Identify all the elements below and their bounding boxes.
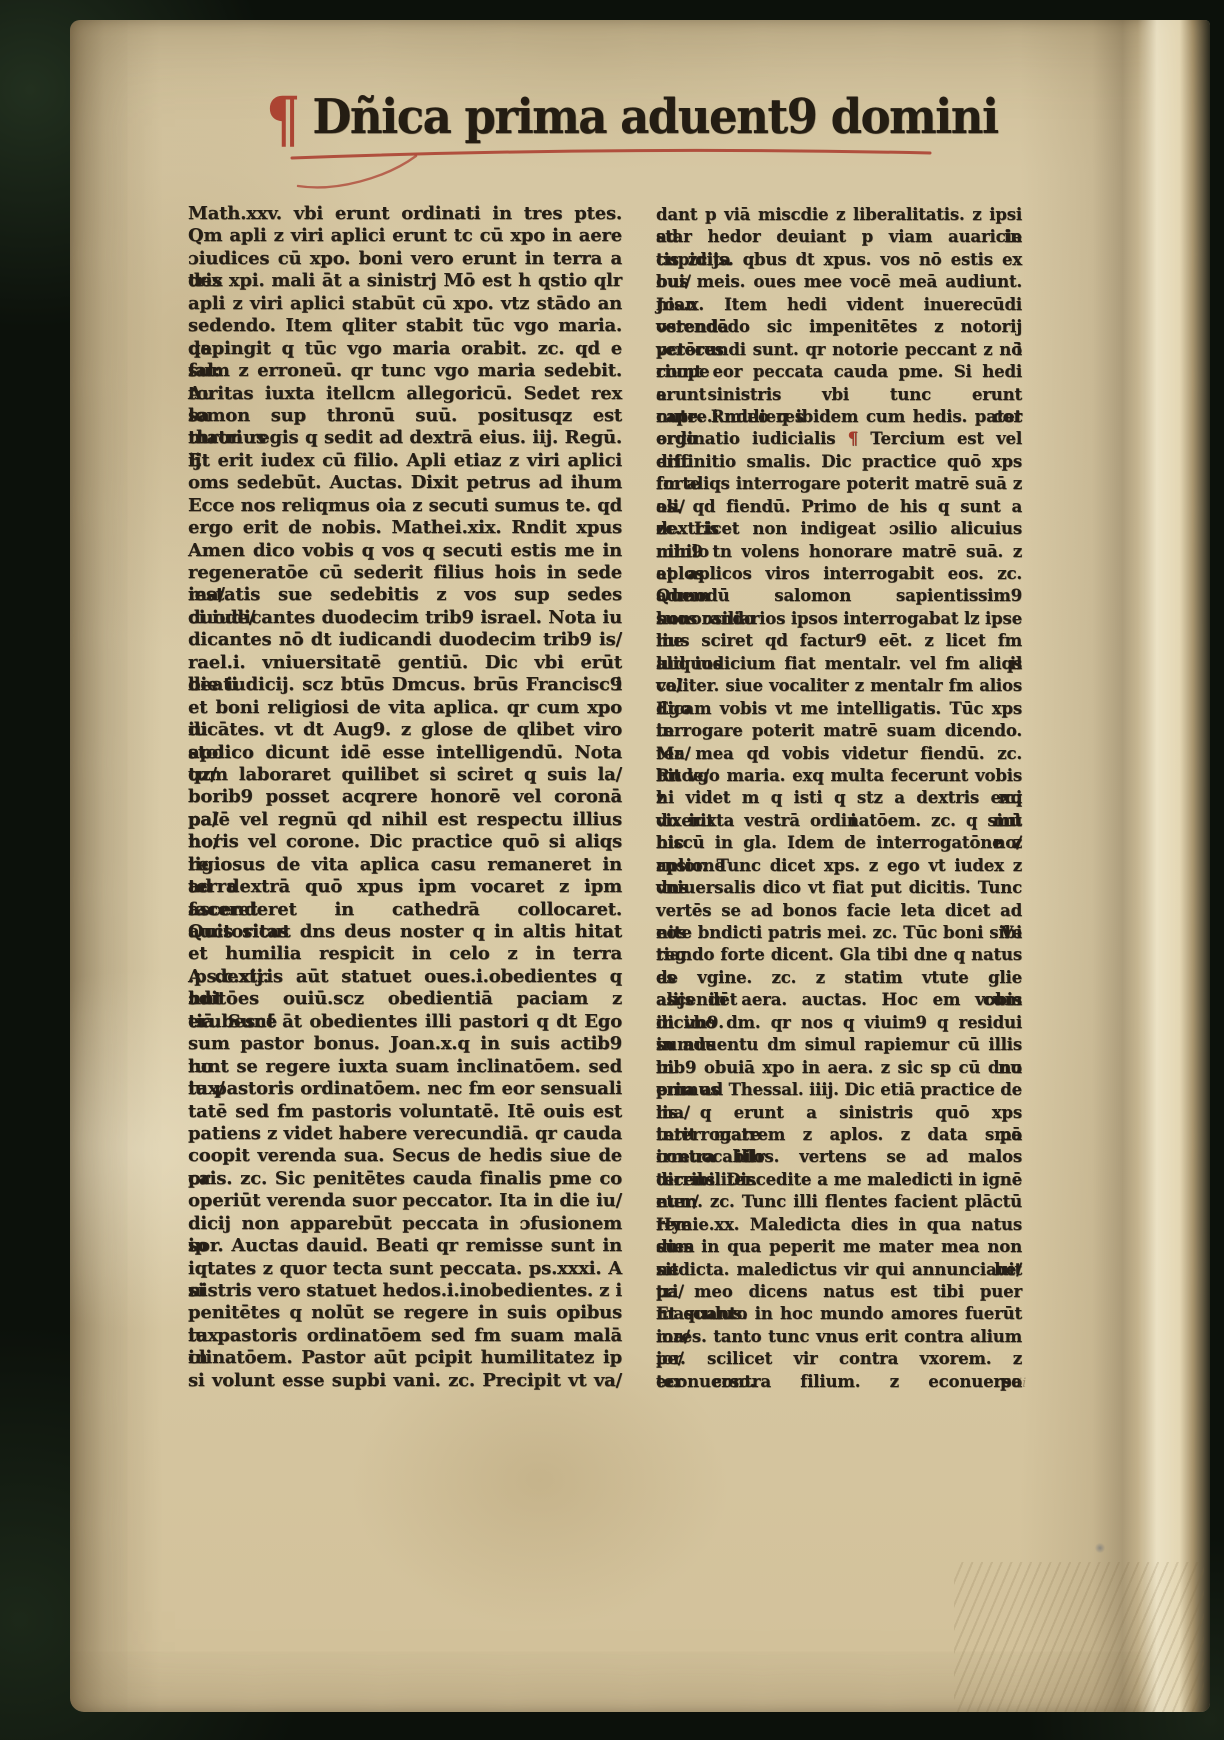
text-line: remie.xx. Maledicta dies in qua natus su… <box>656 1213 1022 1235</box>
text-line: iores. tanto tunc vnus erit contra alium… <box>656 1325 1022 1347</box>
text-line: ostendēdo sic impenitētes z notorij pctō… <box>656 315 1022 337</box>
text-line: coopit verenda sua. Secus de hedis siue … <box>188 1145 622 1167</box>
text-line: ter contra filium. z econuerso <box>656 1370 1022 1392</box>
text-line: hi videt m q isti q stz a dextris exq vi… <box>656 786 1022 808</box>
text-line: die iudicij. scz btūs Dmcus. brūs Franci… <box>188 674 622 696</box>
text-line: in aduentu dm simul rapiemur cū illis in… <box>656 1033 1022 1055</box>
text-line: operiūt verenda suor peccator. Ita in di… <box>188 1190 622 1212</box>
text-line: dies in qua peperit me mater mea non sit… <box>656 1235 1022 1257</box>
text-line: tri meo dicens natus est tibi puer mascu… <box>656 1280 1022 1302</box>
text-line: diffinitio smalis. Dic practice quō xps … <box>656 450 1022 472</box>
page-title: Dñica prima aduent9 domini <box>312 91 997 143</box>
text-line: borib9 posset acqrere honorē vel coronā … <box>188 786 622 808</box>
photo-background: ¶ Dñica prima aduent9 domini Math.xxv. v… <box>0 0 1224 1740</box>
text-line: noris vel corone. Dic practice quō si al… <box>188 831 622 853</box>
text-line: sedendo. Item qliter stabit tūc vgo mari… <box>188 315 622 337</box>
page-fold-edge <box>1020 20 1210 1712</box>
text-line: terit matrem z aplos. z data smā irreuoc… <box>656 1123 1022 1145</box>
text-line: A dextris aūt statuet oues.i.obedientes … <box>188 966 622 988</box>
text-line: bib9 obuiā xpo in aera. z sic sp cū dno … <box>656 1056 1022 1078</box>
text-line: nistris vero statuet hedos.i.inobediente… <box>188 1280 622 1302</box>
text-line: nite bndicti patris mei. zc. Tūc boni si… <box>656 921 1022 943</box>
text-line: ɔditōes ouiū.scz obedientiā paciam z eru… <box>188 988 622 1010</box>
text-line: lomon sup thronū suū. positusqz est thro… <box>188 405 622 427</box>
text-line: dicam vobis vt me intelligatis. Tūc xps … <box>656 697 1022 719</box>
text-line: palē vel regnū qd nihil est respectu ill… <box>188 809 622 831</box>
text-line: dant p viā miscdie z liberalitatis. z ip… <box>656 203 1022 225</box>
text-line: nute. Rndeo q ibidem cum hedis. patet er… <box>656 405 1022 427</box>
text-line: star hedor deuiant p viam auaricie cupid… <box>656 225 1022 247</box>
text-line: fm aliqs interrogare poterit matrē suā z… <box>656 472 1022 494</box>
text-line: et aplicos viros interrogabit eos. zc. Q… <box>656 562 1022 584</box>
text-line: tatē sed fm pastoris voluntatē. Itē ouis… <box>188 1101 622 1123</box>
text-line: sum z erroneū. qr tunc vgo maria sedebit… <box>188 360 622 382</box>
text-line: Quis sicut dns deus noster q in altis hi… <box>188 921 622 943</box>
text-line: et humilia respicit in celo z in terra .… <box>188 943 622 965</box>
text-line: a sinistris vbi tunc erunt capre.i.mulie… <box>656 383 1022 405</box>
text-line: matri regis q sedit ad dextrā eius. iij.… <box>188 427 622 449</box>
text-line: apli z viri aplici stabūt cū xpo. vtz st… <box>188 293 622 315</box>
text-line: Qm apli z viri aplici erunt tc cū xpo in… <box>188 225 622 247</box>
text-line: rael.i. vniuersitatē gentiū. Dic vbi erū… <box>188 652 622 674</box>
text-column-right: dant p viā miscdie z liberalitatis. z ip… <box>656 203 1022 1392</box>
text-line: vniuersalis dico vt fiat put dicitis. Tu… <box>656 876 1022 898</box>
text-line: lud iudicium fiat mentalr. vel fm aliqs … <box>656 652 1022 674</box>
text-line: do iuxta vestrā ordinatōem. zc. q sint h… <box>656 809 1022 831</box>
text-line: ta pastoris ordinatōem. nec fm eor sensu… <box>188 1078 622 1100</box>
book-page: ¶ Dñica prima aduent9 domini Math.xxv. v… <box>70 20 1210 1712</box>
page-heading: ¶ Dñica prima aduent9 domini <box>266 92 998 146</box>
text-line: regeneratōe cū sederit filius hois in se… <box>188 562 622 584</box>
text-line: os. qd fiendū. Primo de his q sunt a dex… <box>656 495 1022 517</box>
text-line: bus meis. oues mee vocē meā audiunt. Joa… <box>656 270 1022 292</box>
text-line: dicātes. vt dt Aug9. z glose de qlibet v… <box>188 719 622 741</box>
text-line: ter mea qd vobis videtur fiendū. zc. Rnd… <box>656 742 1022 764</box>
text-line: iqtates z quor tecta sunt peccata. ps.xx… <box>188 1258 622 1280</box>
text-line: caliter. siue vocaliter z mentalr fm ali… <box>656 674 1022 696</box>
text-column-left: Math.xxv. vbi erunt ordinati in tres pte… <box>188 203 622 1392</box>
text-line: iestatis sue sedebitis z vos sup sedes d… <box>188 584 622 606</box>
text-line: in vbo dm. qr nos q viuim9 q residui sum… <box>656 1011 1022 1033</box>
text-line: patiens z videt habere verecundiā. qr ca… <box>188 1123 622 1145</box>
page-stack-edges <box>954 1562 1204 1712</box>
text-line: ergo erit de nobis. Mathei.xix. Rndit xp… <box>188 517 622 539</box>
text-line: lunt se regere iuxta suam inclinatōem. s… <box>188 1056 622 1078</box>
text-line: sor. Auctas dauid. Beati qr remisse sunt… <box>188 1235 622 1257</box>
text-line: contra illos. vertens se ad malos terrib… <box>656 1145 1022 1167</box>
text-line: penitētes q nolūt se regere in suis opib… <box>188 1302 622 1324</box>
text-line: ligiosus de vita aplica casu remaneret i… <box>188 854 622 876</box>
text-line: pma ad Thessal. iiij. Dic etiā practice … <box>656 1078 1022 1100</box>
text-line: de vgine. zc. z statim vtute glie ascend… <box>656 966 1022 988</box>
text-line: ascenderet in cathedrā collocaret. aucto… <box>188 899 622 921</box>
text-line: dicens. Discedite a me maledicti in ignē… <box>656 1168 1022 1190</box>
text-line: admodū salomon sapientissim9 honorando <box>656 584 1022 606</box>
text-line: Et quanto in hoc mundo amores fuerūt ma/ <box>656 1302 1022 1324</box>
text-line: oms sedebūt. Auctas. Dixit petrus ad ihu… <box>188 472 622 494</box>
text-line: si volunt esse supbi vani. zc. Precipit … <box>188 1370 622 1392</box>
text-line: terrogare poterit matrē suam dicendo. Ma… <box>656 719 1022 741</box>
text-line: Math.xxv. vbi erunt ordinati in tres pte… <box>188 203 622 225</box>
text-line: tris xpi. mali āt a sinistrj Mō est h qs… <box>188 270 622 292</box>
text-line: stolico dicunt idē esse intelligendū. No… <box>188 742 622 764</box>
text-line: nedicta. maledictus vir qui annunciauit … <box>656 1258 1022 1280</box>
text-line: min9 tn volens honorare matrē suā. z apl… <box>656 540 1022 562</box>
text-line: zc. Licet non indigeat ɔsilio alicuius n… <box>656 517 1022 539</box>
pilcrow-mark: ¶ <box>848 428 858 448</box>
text-line: tiando forte dicent. Gla tibi dne q natu… <box>656 943 1022 965</box>
text-line: Et erit iudex cū filio. Apli etiaz z vir… <box>188 450 622 472</box>
text-line: depingit q tūc vgo maria orabit. zc. qd … <box>188 338 622 360</box>
text-line: aplor. Tunc dicet xps. z ego vt iudex z … <box>656 854 1022 876</box>
text-line: sum pastor bonus. Joan.x.q in suis actib… <box>188 1033 622 1055</box>
text-line: dicij non apparebūt peccata in ɔfusionem… <box>188 1213 622 1235</box>
text-line: ci iudicantes duodecim trib9 israel. Not… <box>188 607 622 629</box>
text-line: lius sciret qd factur9 eēt. z licet fm a… <box>656 629 1022 651</box>
text-line: nis.x. Item hedi vident inuerecūdi veren… <box>656 293 1022 315</box>
text-line: num. zc. Tunc illi flentes facient plāct… <box>656 1190 1022 1212</box>
text-line: ordinatio iudicialis ¶ Tercium est vel e… <box>656 427 1022 449</box>
text-line: suos ɔsiliarios ipsos interrogabat lz ip… <box>656 607 1022 629</box>
text-line: ɔiudices cū xpo. boni vero erunt in terr… <box>188 248 622 270</box>
text-line: ior. scilicet vir contra vxorem. z econu… <box>656 1347 1022 1369</box>
text-line: lis q erunt a sinistris quō xps interrog… <box>656 1101 1022 1123</box>
text-line: ad dextrā quō xpus ipm vocaret z ipm fac… <box>188 876 622 898</box>
text-line: alijs in aera. auctas. Hoc em vobis dici… <box>656 988 1022 1010</box>
red-underline-flourish <box>284 142 948 212</box>
text-line: Amen dico vobis q vos q secuti estis me … <box>188 540 622 562</box>
text-line: verecundi sunt. qr notorie peccant z nō … <box>656 338 1022 360</box>
text-line: bit vgo maria. exq multa fecerunt vobis … <box>656 764 1022 786</box>
text-line: clinatōem. Pastor aūt pcipit humilitatez… <box>188 1347 622 1369</box>
text-line: tiā. Sunt āt obedientes illi pastori q d… <box>188 1011 622 1033</box>
text-line: toritas iuxta itellcm allegoricū. Sedet … <box>188 383 622 405</box>
text-line: biscū in gla. Idem de interrogatōne z rn… <box>656 831 1022 853</box>
pilcrow-icon: ¶ <box>266 88 300 150</box>
text-line: et boni religiosi de vita aplica. qr cum… <box>188 697 622 719</box>
text-line: Ecce nos reliqmus oia z secuti sumus te.… <box>188 495 622 517</box>
text-line: riunt eor peccata cauda pme. Si hedi eru… <box>656 360 1022 382</box>
text-line: dicantes nō dt iudicandi duodecim trib9 … <box>188 629 622 651</box>
text-line: tis zcijs. qbus dt xpus. vos nō estis ex… <box>656 248 1022 270</box>
text-line: pris. zc. Sic penitētes cauda finalis pm… <box>188 1168 622 1190</box>
text-line: ta pastoris ordinatōem sed fm suam malā … <box>188 1325 622 1347</box>
text-line: vertēs se ad bonos facie leta dicet ad e… <box>656 899 1022 921</box>
text-line: tum laboraret quilibet si sciret q suis … <box>188 764 622 786</box>
